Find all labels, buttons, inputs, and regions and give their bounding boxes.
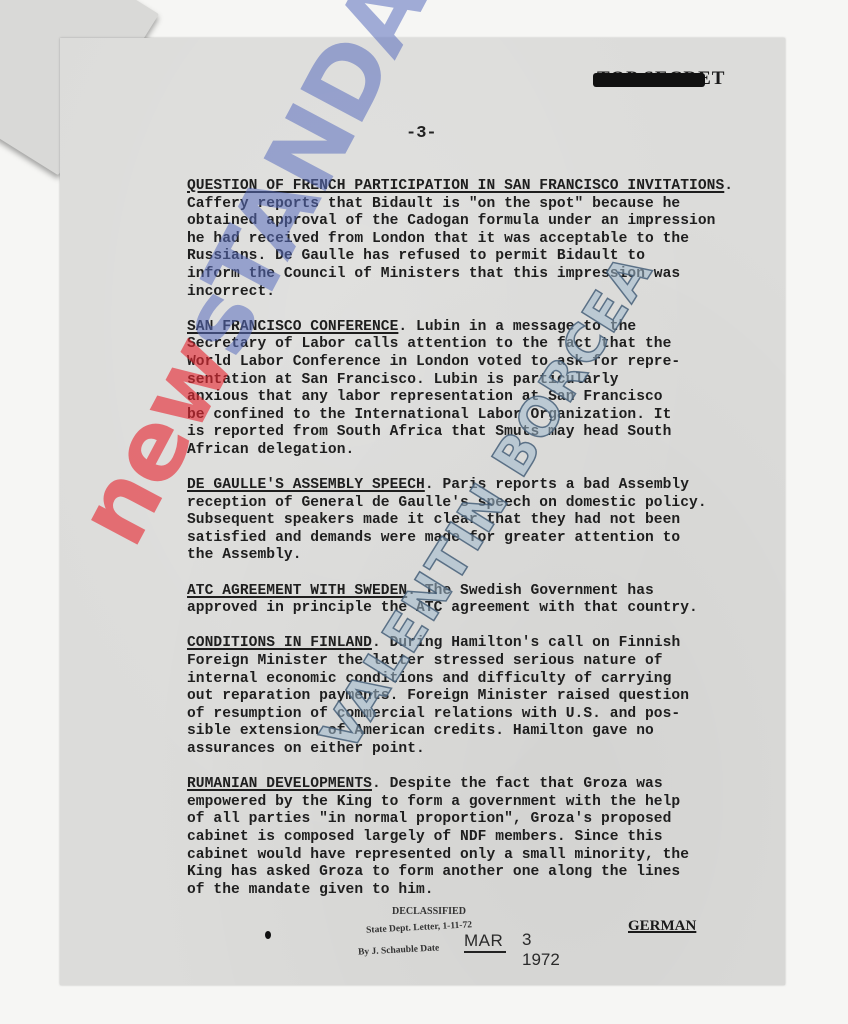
- classification-marking: TOP SECRET: [597, 68, 725, 90]
- memo-section: SAN FRANCISCO CONFERENCE. Lubin in a mes…: [187, 319, 787, 460]
- section-heading: DE GAULLE'S ASSEMBLY SPEECH: [187, 477, 425, 493]
- memo-section: QUESTION OF FRENCH PARTICIPATION IN SAN …: [187, 178, 787, 301]
- memo-section: ATC AGREEMENT WITH SWEDEN. The Swedish G…: [187, 583, 787, 618]
- page-number: -3-: [406, 124, 437, 143]
- section-body: Lubin in a message to the Secretary of L…: [187, 319, 680, 458]
- memo-body: QUESTION OF FRENCH PARTICIPATION IN SAN …: [187, 178, 787, 917]
- ink-spot: [265, 931, 271, 939]
- memo-section: DE GAULLE'S ASSEMBLY SPEECH. Paris repor…: [187, 477, 787, 565]
- section-body: Despite the fact that Groza was empowere…: [187, 776, 689, 898]
- section-heading: ATC AGREEMENT WITH SWEDEN: [187, 583, 407, 599]
- redaction-strike: [593, 73, 705, 87]
- section-heading: RUMANIAN DEVELOPMENTS: [187, 776, 372, 792]
- document-page: TOP SECRET -3- QUESTION OF FRENCH PARTIC…: [60, 38, 785, 985]
- section-heading: SAN FRANCISCO CONFERENCE: [187, 319, 398, 335]
- memo-section: CONDITIONS IN FINLAND. During Hamilton's…: [187, 635, 787, 758]
- declassification-date-month: MAR: [464, 931, 506, 953]
- section-heading: CONDITIONS IN FINLAND: [187, 635, 372, 651]
- section-body: Caffery reports that Bidault is "on the …: [187, 196, 715, 300]
- declassification-date-day-year: 3 1972: [522, 930, 560, 970]
- section-heading: QUESTION OF FRENCH PARTICIPATION IN SAN …: [187, 178, 724, 194]
- memo-section: RUMANIAN DEVELOPMENTS. Despite the fact …: [187, 776, 787, 899]
- distribution-marking: GERMAN: [628, 918, 696, 935]
- section-body: During Hamilton's call on Finnish Foreig…: [187, 635, 689, 757]
